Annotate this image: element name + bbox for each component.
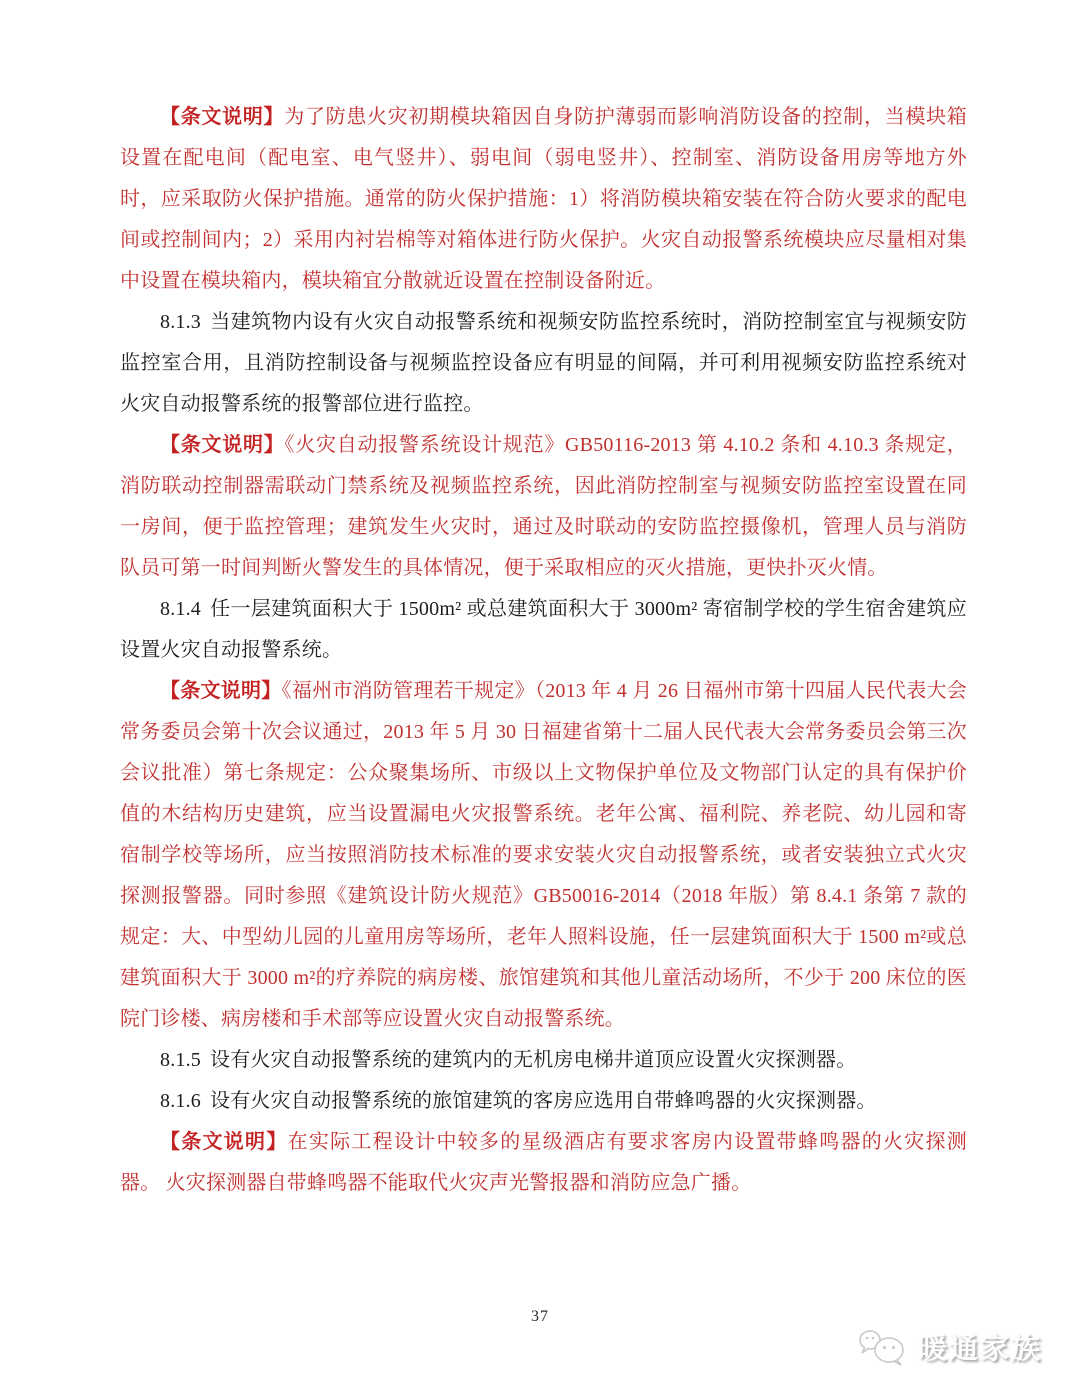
- note-label: 【条文说明】: [160, 1131, 288, 1153]
- clause-paragraph-8-1-6: 8.1.6设有火灾自动报警系统的旅馆建筑的客房应选用自带蜂鸣器的火灾探测器。: [120, 1081, 967, 1122]
- watermark-title: 暖通家族: [918, 1326, 1042, 1367]
- clause-text: 设有火灾自动报警系统的建筑内的无机房电梯井道顶应设置火灾探测器。: [210, 1049, 856, 1071]
- clause-text: 任一层建筑面积大于 1500m² 或总建筑面积大于 3000m² 寄宿制学校的学…: [120, 598, 967, 661]
- note-label: 【条文说明】: [160, 680, 282, 702]
- note-label: 【条文说明】: [160, 434, 285, 456]
- note-text: 为了防患火灾初期模块箱因自身防护薄弱而影响消防设备的控制，当模块箱设置在配电间（…: [120, 106, 967, 292]
- clause-number: 8.1.4: [160, 598, 201, 620]
- watermark-badge: 暖通家族: [856, 1326, 1042, 1367]
- clause-paragraph-8-1-3: 8.1.3当建筑物内设有火灾自动报警系统和视频安防监控系统时，消防控制室宜与视频…: [120, 302, 967, 425]
- clause-paragraph-8-1-5: 8.1.5设有火灾自动报警系统的建筑内的无机房电梯井道顶应设置火灾探测器。: [120, 1040, 967, 1081]
- document-body: 【条文说明】为了防患火灾初期模块箱因自身防护薄弱而影响消防设备的控制，当模块箱设…: [120, 97, 967, 1204]
- page-number: 37: [0, 1308, 1080, 1326]
- clause-text: 当建筑物内设有火灾自动报警系统和视频安防监控系统时，消防控制室宜与视频安防监控室…: [120, 311, 967, 415]
- clause-text: 设有火灾自动报警系统的旅馆建筑的客房应选用自带蜂鸣器的火灾探测器。: [210, 1090, 877, 1112]
- note-paragraph-gb50116: 【条文说明】《火灾自动报警系统设计规范》GB50116-2013 第 4.10.…: [120, 425, 967, 589]
- document-page: 【条文说明】为了防患火灾初期模块箱因自身防护薄弱而影响消防设备的控制，当模块箱设…: [0, 0, 1080, 1398]
- note-paragraph-fuzhou-regulation: 【条文说明】《福州市消防管理若干规定》（2013 年 4 月 26 日福州市第十…: [120, 671, 967, 1040]
- note-label: 【条文说明】: [160, 106, 284, 128]
- clause-number: 8.1.3: [160, 311, 201, 333]
- clause-paragraph-8-1-4: 8.1.4任一层建筑面积大于 1500m² 或总建筑面积大于 3000m² 寄宿…: [120, 589, 967, 671]
- note-paragraph-hotel-detector: 【条文说明】在实际工程设计中较多的星级酒店有要求客房内设置带蜂鸣器的火灾探测器。…: [120, 1122, 967, 1204]
- wechat-icon: [856, 1327, 908, 1367]
- note-paragraph-module-box: 【条文说明】为了防患火灾初期模块箱因自身防护薄弱而影响消防设备的控制，当模块箱设…: [120, 97, 967, 302]
- clause-number: 8.1.5: [160, 1049, 201, 1071]
- clause-number: 8.1.6: [160, 1090, 201, 1112]
- note-text: 《福州市消防管理若干规定》（2013 年 4 月 26 日福州市第十四届人民代表…: [120, 680, 967, 1030]
